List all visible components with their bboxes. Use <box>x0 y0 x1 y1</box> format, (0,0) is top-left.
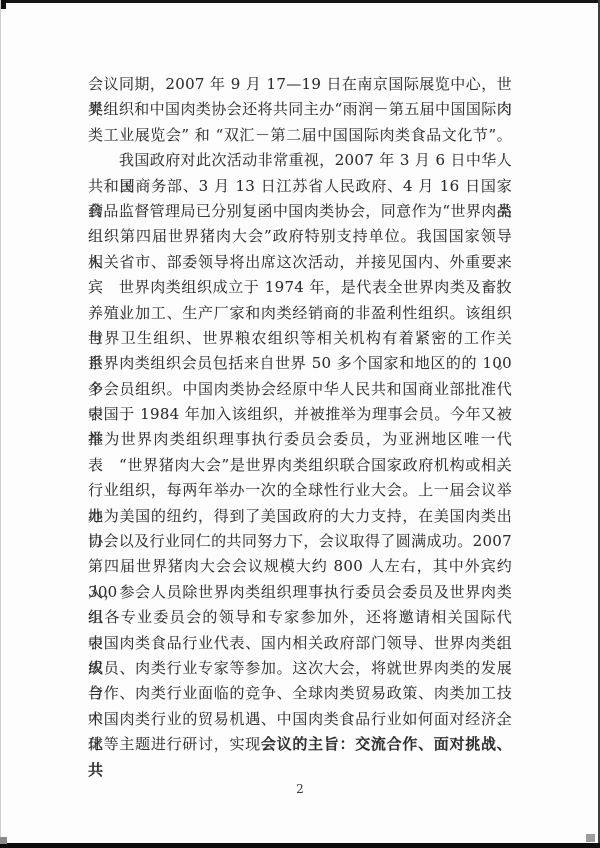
text-line: 会议同期，2007 年 9 月 17—19 日在南京国际展览中心，世界肉 <box>88 72 512 97</box>
text-line-regular: 类组织和中国肉类协会还将共同主办“雨润－第五届中国国际肉 <box>88 100 512 118</box>
text-line: 我国政府对此次活动非常重视，2007 年 3 月 6 日中华人民 <box>88 148 512 173</box>
text-block: 会议同期，2007 年 9 月 17—19 日在南京国际展览中心，世界肉类组织和… <box>88 72 512 758</box>
text-line: 第四届世界猪肉大会会议规模大约 800 人左右，其中外宾约 300 <box>88 554 512 579</box>
text-line: 举为世界肉类组织理事执行委员会委员，为亚洲地区唯一代表。 <box>88 427 512 452</box>
text-line: 世界肉类组织成立于 1974 年，是代表全世界肉类及畜牧业 <box>88 275 512 300</box>
scan-mark-bottom-right <box>586 834 595 842</box>
text-line: 化等主题进行研讨，实现会议的主旨：交流合作、面对挑战、共 <box>88 732 512 757</box>
text-line: 类工业展览会” 和 “双汇－第二届中国国际肉类食品文化节”。 <box>88 123 512 148</box>
text-line-regular: 类工业展览会” 和 “双汇－第二届中国国际肉类食品文化节”。 <box>88 126 512 144</box>
page-number: 2 <box>0 782 600 796</box>
scan-edge-top <box>0 0 600 3</box>
text-line: 合作、肉类行业面临的竞争、全球肉类贸易政策、肉类加工技术、 <box>88 681 512 706</box>
text-line-regular: 化等主题进行研讨，实现 <box>88 735 261 753</box>
text-line: 人，参会人员除世界肉类组织理事执行委员会委员及世界肉类组 <box>88 580 512 605</box>
text-line: 协会以及行业同仁的共同努力下，会议取得了圆满成功。2007 <box>88 529 512 554</box>
text-line-regular: 协会以及行业同仁的共同努力下，会议取得了圆满成功。2007 <box>88 532 512 550</box>
text-line: 世界卫生组织、世界粮农组织等相关机构有着紧密的工作关系。 <box>88 326 512 351</box>
text-line: 地为美国的纽约，得到了美国政府的大力支持，在美国肉类出口 <box>88 504 512 529</box>
text-line-regular: “世界猪肉大会”是世界肉类组织联合国家政府机构或相关 <box>119 456 512 474</box>
text-line: 中国肉类行业的贸易机遇、中国肉类食品行业如何面对经济全球 <box>88 707 512 732</box>
text-line: “世界猪肉大会”是世界肉类组织联合国家政府机构或相关 <box>88 453 512 478</box>
text-line: 个会员组织。中国肉类协会经原中华人民共和国商业部批准代表 <box>88 377 512 402</box>
scan-edge-bottom <box>0 843 600 848</box>
text-line: 中国肉类食品行业代表、国内相关政府部门领导、世界肉类组织 <box>88 631 512 656</box>
text-line: 中国于 1984 年加入该组织，并被推举为理事会员。今年又被推 <box>88 402 512 427</box>
text-line: 共和国商务部、3 月 13 日江苏省人民政府、4 月 16 日国家食品 <box>88 174 512 199</box>
text-line: 织各专业委员会的领导和专家参加外，还将邀请相关国际代表、 <box>88 605 512 630</box>
text-line-regular: 药品监督管理局已分别复函中国肉类协会，同意作为“世界肉类 <box>88 202 512 220</box>
scan-blob-bottom-left <box>0 837 7 844</box>
text-line: 养殖、加工、生产厂家和肉类经销商的非盈利性组织。该组织与 <box>88 301 512 326</box>
document-page: 会议同期，2007 年 9 月 17—19 日在南京国际展览中心，世界肉类组织和… <box>0 0 600 848</box>
text-line: 成员、肉类行业专家等参加。这次大会，将就世界肉类的发展与 <box>88 656 512 681</box>
scan-edge-left <box>0 0 1 848</box>
text-line: 世界肉类组织会员包括来自世界 50 多个国家和地区的的 100 多 <box>88 351 512 376</box>
text-line: 行业组织，每两年举办一次的全球性行业大会。上一届会议举办 <box>88 478 512 503</box>
text-line: 组织第四届世界猪肉大会”政府特别支持单位。我国国家领导人、 <box>88 224 512 249</box>
text-line: 相关省市、部委领导将出席这次活动，并接见国内、外重要来宾。 <box>88 250 512 275</box>
text-line: 类组织和中国肉类协会还将共同主办“雨润－第五届中国国际肉 <box>88 97 512 122</box>
text-line: 药品监督管理局已分别复函中国肉类协会，同意作为“世界肉类 <box>88 199 512 224</box>
